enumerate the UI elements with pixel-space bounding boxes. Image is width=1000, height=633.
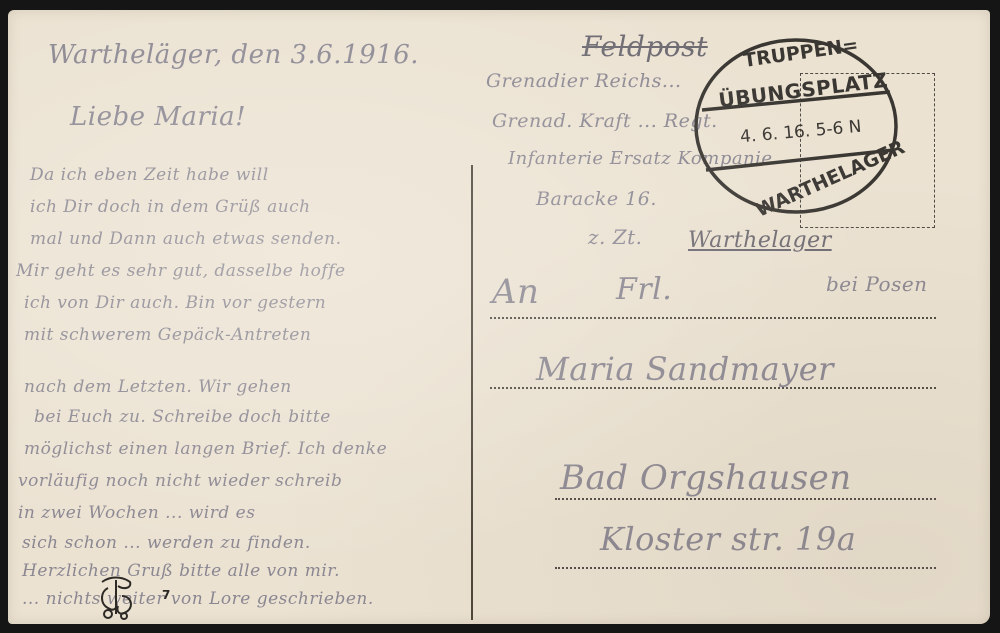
sender-line: Grenadier Reichs... xyxy=(486,70,682,92)
dateline: Wartheläger, den 3.6.1916. xyxy=(48,40,419,72)
address-line-1 xyxy=(490,317,936,319)
address-line-4 xyxy=(555,567,936,569)
message-line: bei Euch zu. Schreibe doch bitte xyxy=(34,402,331,434)
location-near: bei Posen xyxy=(826,272,928,296)
recipient-street: Kloster str. 19a xyxy=(600,520,856,558)
recipient-title: Frl. xyxy=(616,272,672,307)
publisher-monogram-icon xyxy=(96,574,136,620)
salutation: Liebe Maria! xyxy=(70,102,246,134)
feldpost-label: Feldpost xyxy=(582,30,708,63)
recipient-town: Bad Orgshausen xyxy=(560,458,852,498)
location-camp: Warthelager xyxy=(688,228,832,253)
message-line: ich Dir doch in dem Grüß auch xyxy=(30,192,311,224)
message-line: vorläufig noch nicht wieder schreib xyxy=(18,466,342,498)
address-line-3 xyxy=(555,498,936,500)
message-line: ... nichts weiter von Lore geschrieben. xyxy=(22,584,374,616)
address-line-2 xyxy=(490,387,936,389)
message-line: möglichst einen langen Brief. Ich denke xyxy=(24,434,387,466)
center-divider xyxy=(471,165,473,620)
message-line: in zwei Wochen ... wird es xyxy=(18,498,255,530)
postcard-back: Wartheläger, den 3.6.1916. Liebe Maria! … xyxy=(8,10,990,624)
recipient-salutation: An xyxy=(492,272,539,312)
location-prefix: z. Zt. xyxy=(588,225,643,249)
sender-line: Baracke 16. xyxy=(536,188,657,210)
message-line: Da ich eben Zeit habe will xyxy=(30,160,269,192)
message-line: mit schwerem Gepäck-Antreten xyxy=(24,320,311,352)
message-line: ich von Dir auch. Bin vor gestern xyxy=(24,288,326,320)
message-line: sich schon ... werden zu finden. xyxy=(22,528,311,560)
publisher-number: 7 xyxy=(162,588,170,602)
recipient-name: Maria Sandmayer xyxy=(536,350,834,388)
sender-line: Grenad. Kraft ... Regt. xyxy=(492,110,718,132)
message-line: nach dem Letzten. Wir gehen xyxy=(24,372,292,404)
message-line: Herzlichen Gruß bitte alle von mir. xyxy=(22,556,340,588)
message-line: Mir geht es sehr gut, dasselbe hoffe xyxy=(16,256,346,288)
message-line: mal und Dann auch etwas senden. xyxy=(30,224,342,256)
